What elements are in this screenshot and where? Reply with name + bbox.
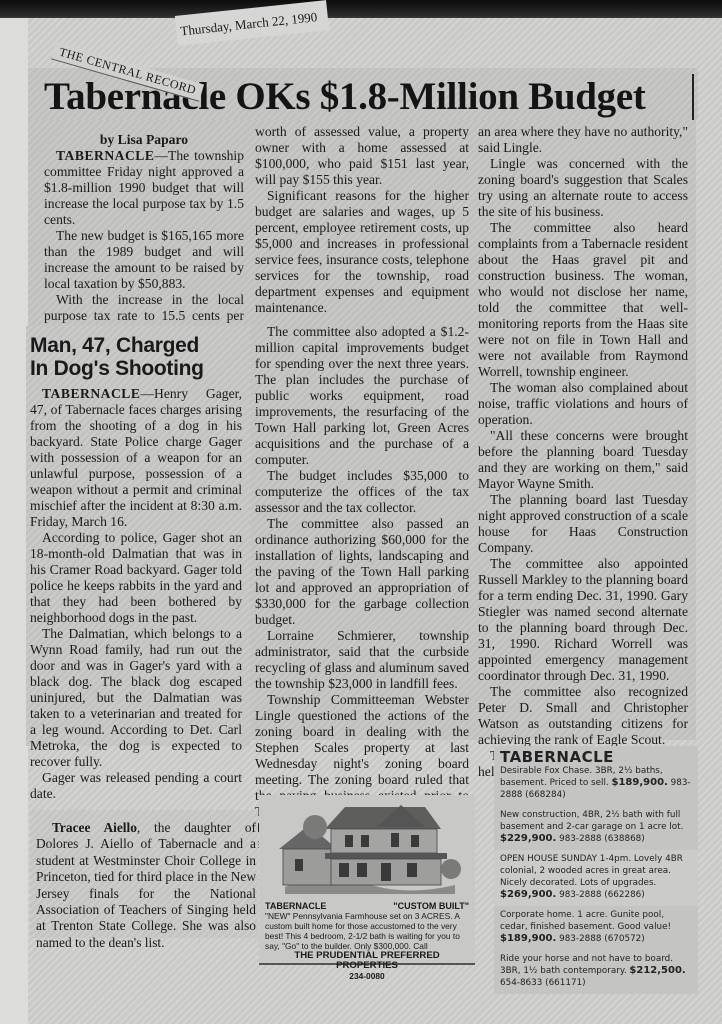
paragraph: TABERNACLE—The township committee Friday…	[44, 148, 244, 228]
ad-location: TABERNACLE	[265, 901, 326, 911]
paragraph: worth of assessed value, a property owne…	[255, 124, 469, 188]
student-name: Tracee Aiello	[52, 820, 137, 835]
main-story-col-1: by Lisa Paparo TABERNACLE—The township c…	[44, 132, 244, 340]
paragraph: According to police, Gager shot an 18-mo…	[30, 530, 242, 626]
listing: New construction, 4BR, 2½ bath with full…	[494, 806, 698, 850]
paragraph: The committee also passed an ordinance a…	[255, 516, 469, 628]
paragraph: Lorraine Schmierer, township administrat…	[255, 628, 469, 692]
paragraph: The committee also adopted a $1.2-millio…	[255, 324, 469, 468]
main-story-col-2: worth of assessed value, a property owne…	[255, 124, 469, 884]
byline: by Lisa Paparo	[44, 132, 244, 148]
listing: Corporate home. 1 acre. Gunite pool, ced…	[494, 906, 698, 950]
paragraph: an area where they have no authority," s…	[478, 124, 688, 156]
ad-tagline: "CUSTOM BUILT"	[393, 901, 469, 911]
paragraph: The new budget is $165,165 more than the…	[44, 228, 244, 292]
classified-listings: TABERNACLE Desirable Fox Chase. 3BR, 2½ …	[494, 746, 698, 984]
ad-body: "NEW" Pennsylvania Farmhouse set on 3 AC…	[265, 911, 469, 951]
house-advertisement: TABERNACLE "CUSTOM BUILT" "NEW" Pennsylv…	[259, 795, 475, 965]
paragraph: The committee also appointed Russell Mar…	[478, 556, 688, 684]
dog-story-headline: Man, 47, Charged In Dog's Shooting	[30, 334, 242, 380]
paragraph: The planning board last Tuesday night ap…	[478, 492, 688, 556]
paragraph: The committee also recognized Peter D. S…	[478, 684, 688, 748]
ad-agency: THE PRUDENTIAL PREFERRED PROPERTIES	[265, 951, 469, 971]
house-illustration-icon	[265, 799, 469, 899]
dateline: TABERNACLE	[56, 148, 154, 163]
paragraph: Significant reasons for the higher budge…	[255, 188, 469, 316]
paragraph: The Dalmatian, which belongs to a Wynn R…	[30, 626, 242, 770]
ad-phone: 234-0080	[265, 971, 469, 981]
paragraph: Gager was released pending a court date.	[30, 770, 242, 802]
paragraph: The committee also heard complaints from…	[478, 220, 688, 380]
listing: OPEN HOUSE SUNDAY 1-4pm. Lovely 4BR colo…	[494, 850, 698, 906]
paragraph: TABERNACLE—Henry Gager, 47, of Tabernacl…	[30, 386, 242, 530]
listing: Ride your horse and not have to board. 3…	[494, 950, 698, 994]
main-story-col-3: an area where they have no authority," s…	[478, 124, 688, 780]
paragraph: The budget includes $35,000 to computeri…	[255, 468, 469, 516]
student-brief: Tracee Aiello, the daughter of Dolores J…	[36, 820, 256, 951]
paragraph: "All these concerns were brought before …	[478, 428, 688, 492]
classified-heading: TABERNACLE	[500, 749, 692, 765]
page-left-margin	[0, 18, 28, 1024]
paragraph: The woman also complained about noise, t…	[478, 380, 688, 428]
dog-story: Man, 47, Charged In Dog's Shooting TABER…	[30, 334, 242, 802]
listing: Desirable Fox Chase. 3BR, 2½ baths, base…	[500, 765, 692, 801]
paragraph: Lingle was concerned with the zoning boa…	[478, 156, 688, 220]
